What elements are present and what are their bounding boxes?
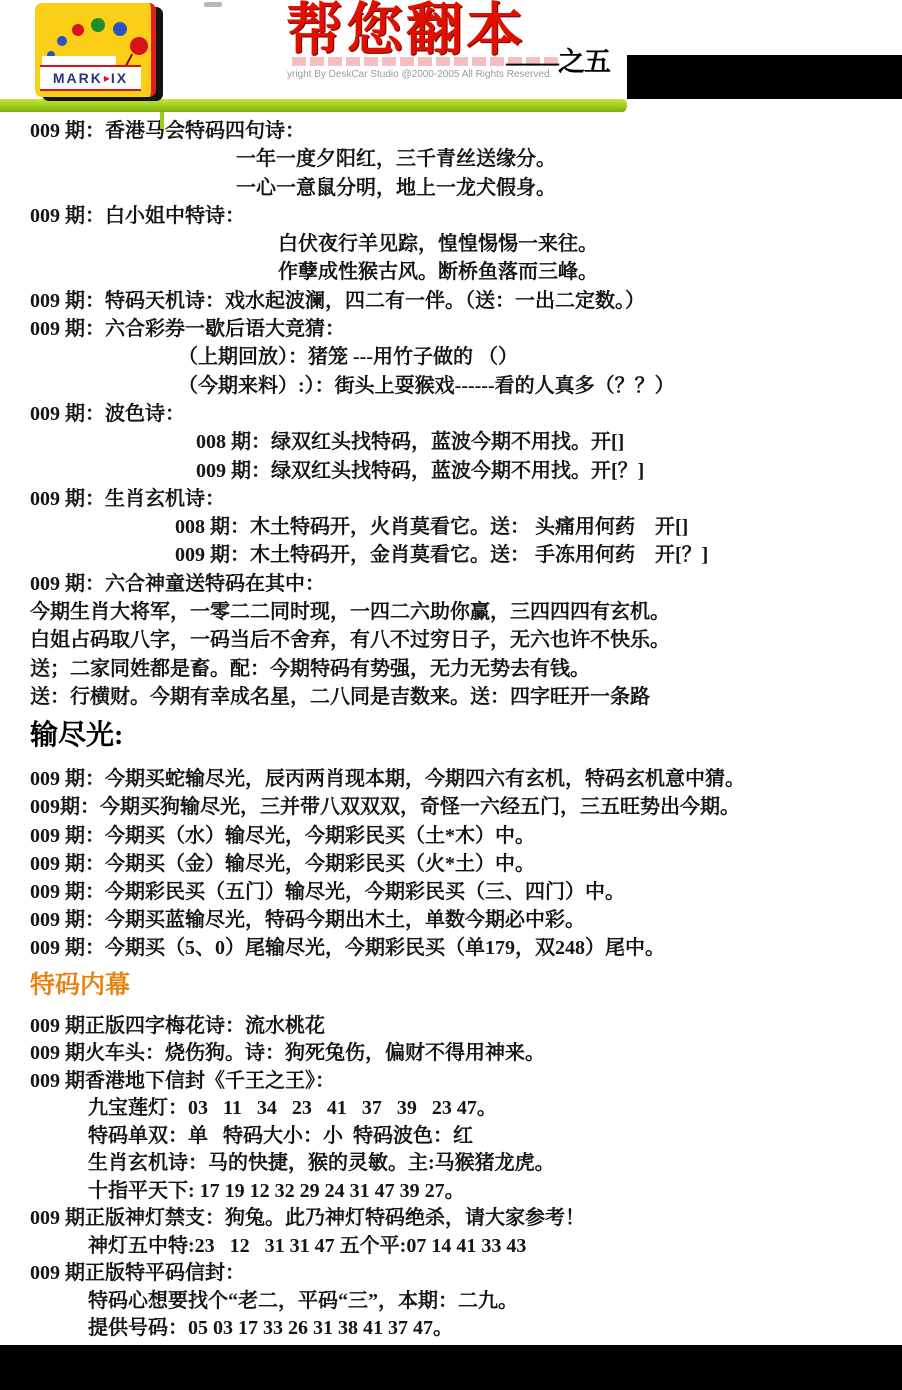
text-line: 009 期：绿双红头找特码，蓝波今期不用找。开[？] xyxy=(0,457,902,485)
mark-six-logo: MARK ▸ IX xyxy=(35,3,156,97)
text-line: 009 期：今期买（金）输尽光，今期彩民买（火*土）中。 xyxy=(0,850,902,878)
logo-dot-red-large xyxy=(130,37,148,55)
top-smudge xyxy=(204,2,222,7)
text-line: 白姐占码取八字，一码当后不舍弃，有八不过穷日子，无六也许不快乐。 xyxy=(0,626,902,654)
content: 009 期：香港马会特码四句诗：一年一度夕阳红，三千青丝送缘分。一心一意鼠分明，… xyxy=(0,117,902,1343)
text-line: 009 期：今期买蛇输尽光，辰丙两肖现本期，今期四六有玄机，特码玄机意中猜。 xyxy=(0,765,902,793)
text-line: 特码单双：单 特码大小：小 特码波色：红 xyxy=(0,1123,902,1151)
text-line: 神灯五中特:23 12 31 31 47 五个平:07 14 41 33 43 xyxy=(0,1233,902,1261)
text-line: 特码心想要找个“老二，平码“三”，本期：二九。 xyxy=(0,1288,902,1316)
text-line: 009 期：白小姐中特诗： xyxy=(0,202,902,230)
text-line: 009 期：六合彩券一歇后语大竞猜： xyxy=(0,315,902,343)
text-line: 009 期：香港马会特码四句诗： xyxy=(0,117,902,145)
page-title: 帮您翻本 xyxy=(286,0,526,62)
logo-dot-green xyxy=(91,18,105,32)
text-line: （上期回放）：猪笼 ---用竹子做的 （） xyxy=(0,343,902,371)
text-line: 009 期：生肖玄机诗： xyxy=(0,485,902,513)
logo-text-mark: MARK xyxy=(53,70,103,86)
text-line: 009 期正版神灯禁支：狗兔。此乃神灯特码绝杀，请大家参考！ xyxy=(0,1205,902,1233)
text-line: 白伏夜行羊见踪，惶惶惕惕一来往。 xyxy=(0,230,902,258)
page-title-suffix: ——之五 xyxy=(506,40,610,79)
text-line: 送；二家同姓都是畜。配：今期特码有势强，无力无势去有钱。 xyxy=(0,655,902,683)
text-line: 009 期正版特平码信封： xyxy=(0,1260,902,1288)
text-line: 009 期：今期买蓝输尽光，特码今期出木土，单数今期必中彩。 xyxy=(0,906,902,934)
text-line: 009 期：波色诗： xyxy=(0,400,902,428)
logo-dot-blue-large xyxy=(113,22,127,36)
page: MARK ▸ IX yright By DeskCar Studio @2000… xyxy=(0,0,902,1390)
bottom-black-bar xyxy=(0,1345,902,1390)
section-heading-temaneimu: 特码内幕 xyxy=(30,971,902,1001)
text-line: 一年一度夕阳红，三千青丝送缘分。 xyxy=(0,145,902,173)
logo-wordmark: MARK ▸ IX xyxy=(40,65,141,91)
text-line: 生肖玄机诗：马的快捷，猴的灵敏。主:马猴猪龙虎。 xyxy=(0,1150,902,1178)
text-line: 今期生肖大将军，一零二二同时现，一四二六助你赢，三四四四有玄机。 xyxy=(0,598,902,626)
text-line: 十指平天下: 17 19 12 32 29 24 31 47 39 27。 xyxy=(0,1178,902,1206)
text-line: 009 期：今期彩民买（五门）输尽光，今期彩民买（三、四门）中。 xyxy=(0,878,902,906)
text-line: 009 期：特码天机诗：戏水起波澜，四二有一伴。（送：一出二定数。） xyxy=(0,287,902,315)
text-line: 009 期火车头：烧伤狗。诗：狗死兔伤，偏财不得用神来。 xyxy=(0,1040,902,1068)
part3-lines: 009 期正版四字梅花诗：流水桃花009 期火车头：烧伤狗。诗：狗死兔伤，偏财不… xyxy=(0,1013,902,1343)
text-line: 九宝莲灯：03 11 34 23 41 37 39 23 47。 xyxy=(0,1095,902,1123)
text-line: 009期：今期买狗输尽光，三并带八双双双，奇怪一六经五门，三五旺势出今期。 xyxy=(0,793,902,821)
text-line: 作孽成性猴古风。断桥鱼落而三峰。 xyxy=(0,258,902,286)
text-line: （今期来料）:）：街头上耍猴戏------看的人真多（？？） xyxy=(0,372,902,400)
text-line: 009 期：六合神童送特码在其中： xyxy=(0,570,902,598)
logo-text-ix: IX xyxy=(111,70,128,86)
part2-lines: 009 期：今期买蛇输尽光，辰丙两肖现本期，今期四六有玄机，特码玄机意中猜。00… xyxy=(0,765,902,962)
text-line: 009 期：今期买（水）输尽光，今期彩民买（土*木）中。 xyxy=(0,822,902,850)
part1-lines: 009 期：香港马会特码四句诗：一年一度夕阳红，三千青丝送缘分。一心一意鼠分明，… xyxy=(0,117,902,711)
header: MARK ▸ IX yright By DeskCar Studio @2000… xyxy=(0,0,902,116)
text-line: 提供号码：05 03 17 33 26 31 38 41 37 47。 xyxy=(0,1315,902,1343)
text-line: 009 期香港地下信封《千王之王》： xyxy=(0,1068,902,1096)
text-line: 008 期：绿双红头找特码，蓝波今期不用找。开[] xyxy=(0,428,902,456)
text-line: 009 期正版四字梅花诗：流水桃花 xyxy=(0,1013,902,1041)
green-swoosh-divider xyxy=(0,99,627,112)
logo-dot-red xyxy=(72,24,84,36)
text-line: 009 期：木土特码开，金肖莫看它。送： 手冻用何药 开[？] xyxy=(0,541,902,569)
text-line: 009 期：今期买（5、0）尾输尽光，今期彩民买（单179，双248）尾中。 xyxy=(0,934,902,962)
text-line: 送：行横财。今期有幸成名星，二八同是吉数来。送：四字旺开一条路 xyxy=(0,683,902,711)
logo-arrow-icon: ▸ xyxy=(104,71,110,85)
text-line: 008 期：木土特码开，火肖莫看它。送： 头痛用何药 开[] xyxy=(0,513,902,541)
logo-dot-blue xyxy=(57,36,67,46)
text-line: 一心一意鼠分明，地上一龙犬假身。 xyxy=(0,174,902,202)
header-black-block xyxy=(627,55,902,99)
section-heading-shujinguang: 输尽光: xyxy=(30,720,902,752)
